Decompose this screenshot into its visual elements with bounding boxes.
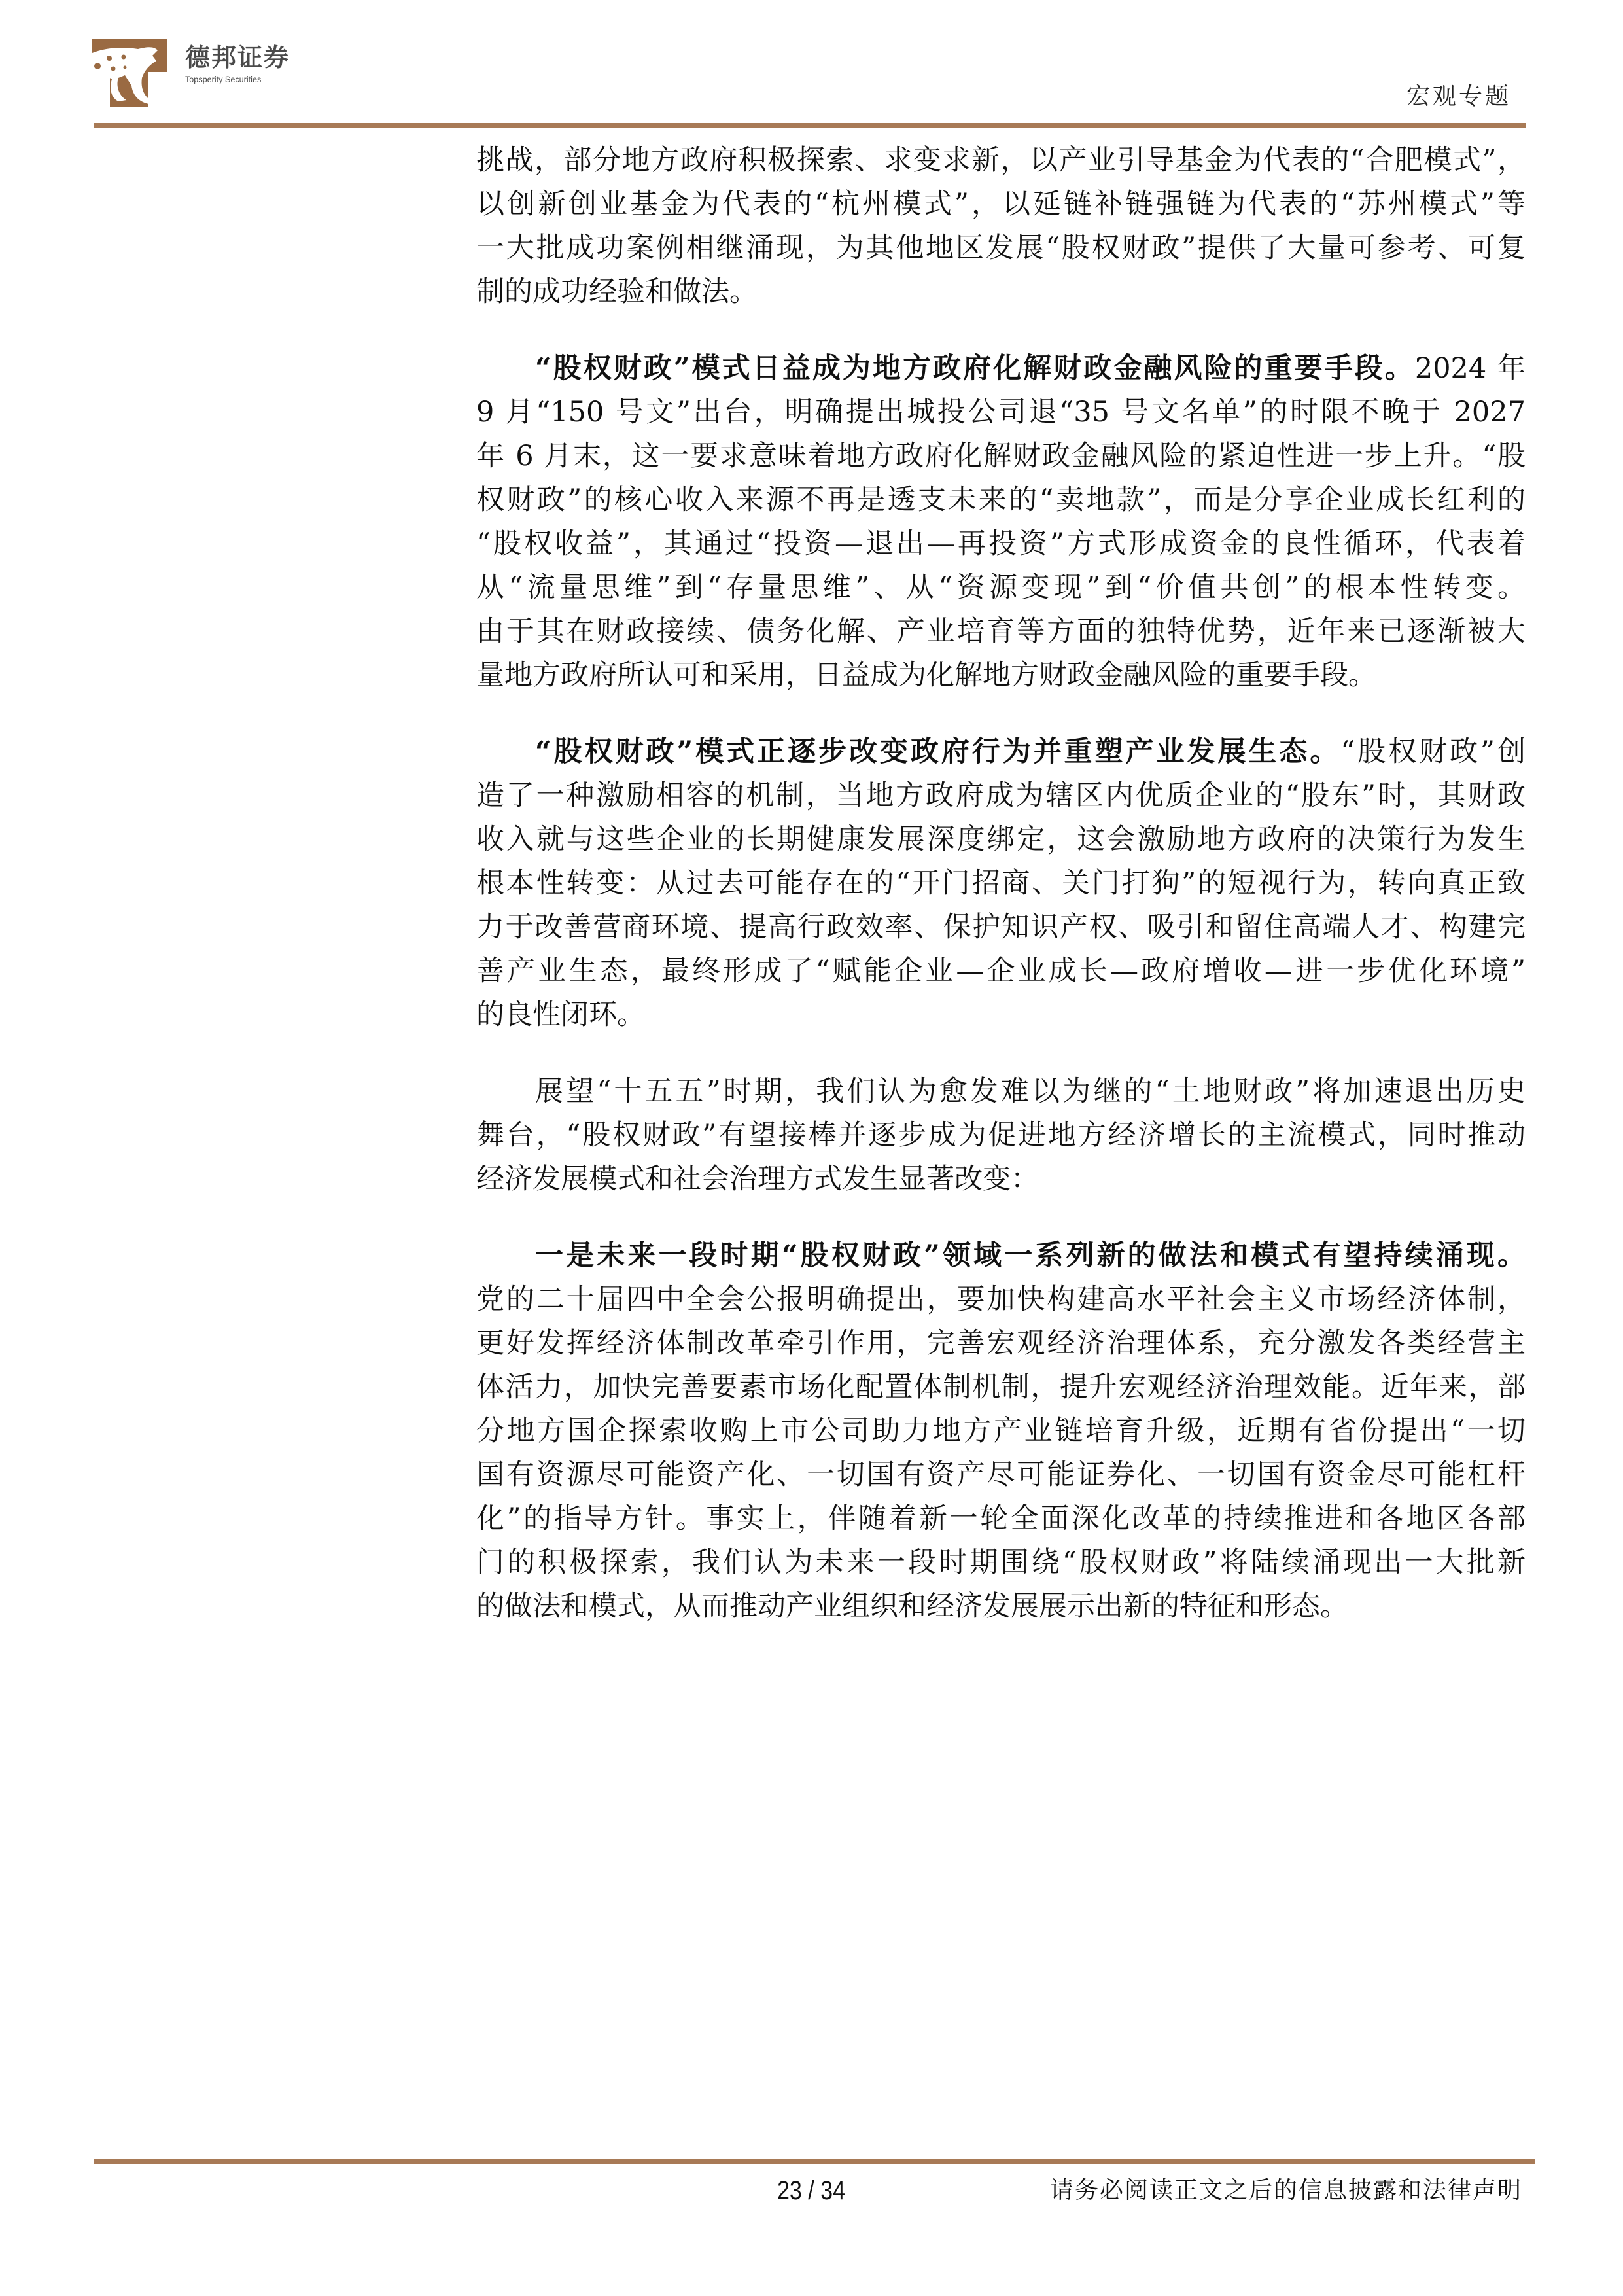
header-divider	[94, 123, 1526, 128]
text-line: 舞台，“股权财政”有望接棒并逐步成为促进地方经济增长的主流模式，同时推动	[476, 1114, 1526, 1157]
text-line: “股权收益”，其通过“投资—退出—再投资”方式形成资金的良性循环，代表着	[476, 522, 1526, 566]
text-line: “股权财政”模式正逐步改变政府行为并重塑产业发展生态。“股权财政”创	[476, 730, 1526, 774]
page-number: 23 / 34	[777, 2176, 845, 2205]
paragraph-lead: “股权财政”模式日益成为地方政府化解财政金融风险的重要手段。	[535, 352, 1415, 385]
text-line: 以创新创业基金为代表的“杭州模式”，以延链补链强链为代表的“苏州模式”等	[476, 183, 1526, 226]
paragraph-2: “股权财政”模式日益成为地方政府化解财政金融风险的重要手段。2024 年 9 月…	[476, 347, 1526, 698]
text-line: 更好发挥经济体制改革牵引作用，完善宏观经济治理体系，充分激发各类经营主	[476, 1322, 1526, 1366]
text-line: 分地方国企探索收购上市公司助力地方产业链培育升级，近期有省份提出“一切	[476, 1409, 1526, 1453]
paragraph-4: 展望“十五五”时期，我们认为愈发难以为继的“土地财政”将加速退出历史 舞台，“股…	[476, 1070, 1526, 1201]
text-line: 年 6 月末，这一要求意味着地方政府化解财政金融风险的紧迫性进一步上升。“股	[476, 434, 1526, 478]
text-line: 制的成功经验和做法。	[476, 270, 1526, 314]
text-line: 善产业生态，最终形成了“赋能企业—企业成长—政府增收—进一步优化环境”	[476, 949, 1526, 993]
text-line: 量地方政府所认可和采用，日益成为化解地方财政金融风险的重要手段。	[476, 654, 1526, 698]
text-line: 挑战，部分地方政府积极探索、求变求新，以产业引导基金为代表的“合肥模式”，	[476, 139, 1526, 183]
text-line: 经济发展模式和社会治理方式发生显著改变：	[476, 1157, 1526, 1201]
text-line: 的良性闭环。	[476, 993, 1526, 1037]
text-line: 权财政”的核心收入来源不再是透支未来的“卖地款”，而是分享企业成长红利的	[476, 478, 1526, 522]
company-logo	[92, 39, 167, 107]
text-line: 一大批成功案例相继涌现，为其他地区发展“股权财政”提供了大量可参考、可复	[476, 226, 1526, 270]
paragraph-lead: 一是未来一段时期“股权财政”领域一系列新的做法和模式有望持续涌现。	[476, 1234, 1526, 1278]
paragraph-lead: “股权财政”模式正逐步改变政府行为并重塑产业发展生态。	[535, 735, 1340, 768]
text-line: “股权财政”模式日益成为地方政府化解财政金融风险的重要手段。2024 年	[476, 347, 1526, 391]
text-line: 根本性转变：从过去可能存在的“开门招商、关门打狗”的短视行为，转向真正致	[476, 862, 1526, 906]
text-line: 化”的指导方针。事实上，伴随着新一轮全面深化改革的持续推进和各地区各部	[476, 1497, 1526, 1541]
text-line: 体活力，加快完善要素市场化配置体制机制，提升宏观经济治理效能。近年来，部	[476, 1366, 1526, 1409]
legal-disclaimer: 请务必阅读正文之后的信息披露和法律声明	[1050, 2176, 1522, 2205]
text-line: 的做法和模式，从而推动产业组织和经济发展展示出新的特征和形态。	[476, 1585, 1526, 1629]
section-title: 宏观专题	[1406, 84, 1511, 110]
paragraph-1: 挑战，部分地方政府积极探索、求变求新，以产业引导基金为代表的“合肥模式”， 以创…	[476, 139, 1526, 314]
text-line: 国有资源尽可能资产化、一切国有资产尽可能证券化、一切国有资金尽可能杠杆	[476, 1453, 1526, 1497]
paragraph-5: 一是未来一段时期“股权财政”领域一系列新的做法和模式有望持续涌现。 党的二十届四…	[476, 1234, 1526, 1629]
text-line: 从“流量思维”到“存量思维”、从“资源变现”到“价值共创”的根本性转变。	[476, 566, 1526, 610]
brand-name-en: Topsperity Securities	[185, 74, 261, 84]
article-body: 挑战，部分地方政府积极探索、求变求新，以产业引导基金为代表的“合肥模式”， 以创…	[476, 139, 1526, 1661]
text-line: 力于改善营商环境、提高行政效率、保护知识产权、吸引和留住高端人才、构建完	[476, 906, 1526, 949]
text-line: 由于其在财政接续、债务化解、产业培育等方面的独特优势，近年来已逐渐被大	[476, 610, 1526, 654]
text-line: 9 月“150 号文”出台，明确提出城投公司退“35 号文名单”的时限不晚于 2…	[476, 391, 1526, 434]
text-line: 党的二十届四中全会公报明确提出，要加快构建高水平社会主义市场经济体制，	[476, 1278, 1526, 1322]
text-line: 造了一种激励相容的机制，当地方政府成为辖区内优质企业的“股东”时，其财政	[476, 774, 1526, 818]
text-line: 展望“十五五”时期，我们认为愈发难以为继的“土地财政”将加速退出历史	[476, 1070, 1526, 1114]
text-line: 门的积极探索，我们认为未来一段时期围绕“股权财政”将陆续涌现出一大批新	[476, 1541, 1526, 1585]
paragraph-3: “股权财政”模式正逐步改变政府行为并重塑产业发展生态。“股权财政”创 造了一种激…	[476, 730, 1526, 1037]
leopard-icon	[92, 39, 167, 107]
brand-name-cn: 德邦证券	[185, 44, 290, 71]
footer-divider	[94, 2159, 1535, 2164]
text-line: 收入就与这些企业的长期健康发展深度绑定，这会激励地方政府的决策行为发生	[476, 818, 1526, 862]
